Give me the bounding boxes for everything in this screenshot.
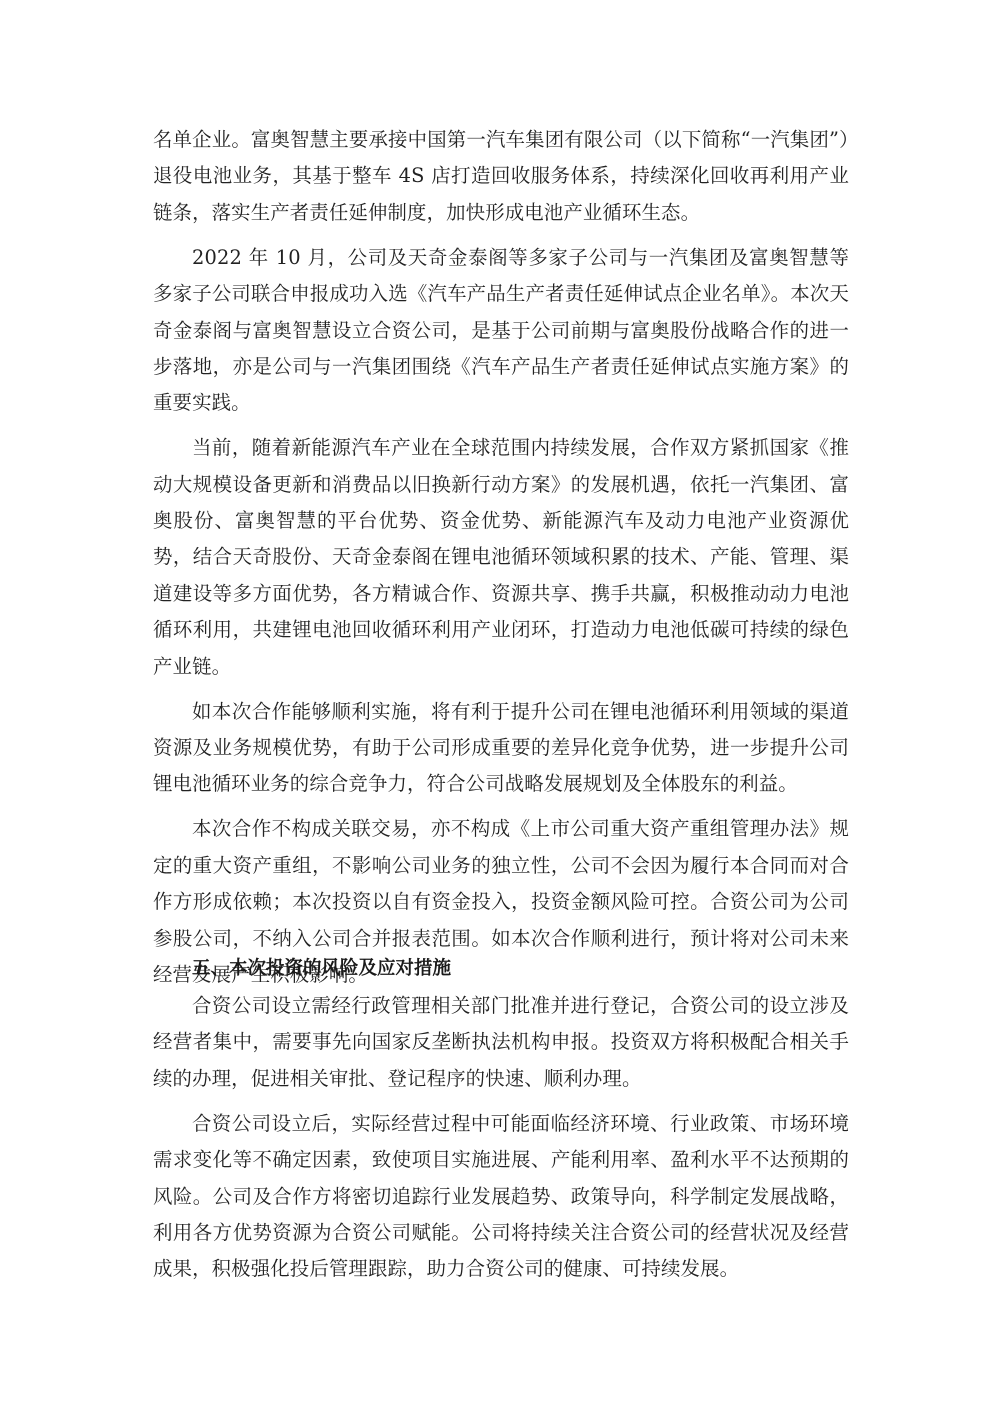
document-body-top: 名单企业。富奥智慧主要承接中国第一汽车集团有限公司（以下简称“一汽集团”）退役电… — [153, 122, 849, 993]
paragraph-approval-risk: 合资公司设立需经行政管理相关部门批准并进行登记，合资公司的设立涉及经营者集中，需… — [153, 988, 849, 1097]
paragraph-operating-risk: 合资公司设立后，实际经营过程中可能面临经济环境、行业政策、市场环境需求变化等不确… — [153, 1106, 849, 1288]
paragraph-cooperation-benefits: 如本次合作能够顺利实施，将有利于提升公司在锂电池循环利用领域的渠道资源及业务规模… — [153, 694, 849, 803]
paragraph-2022-pilot: 2022 年 10 月，公司及天奇金泰阁等多家子公司与一汽集团及富奥智慧等多家子… — [153, 240, 849, 422]
paragraph-fuao-intro: 名单企业。富奥智慧主要承接中国第一汽车集团有限公司（以下简称“一汽集团”）退役电… — [153, 122, 849, 231]
paragraph-current-development: 当前，随着新能源汽车产业在全球范围内持续发展，合作双方紧抓国家《推动大规模设备更… — [153, 430, 849, 685]
section-heading-risks: 五、本次投资的风险及应对措施 — [153, 951, 849, 987]
document-body-bottom: 合资公司设立需经行政管理相关部门批准并进行登记，合资公司的设立涉及经营者集中，需… — [153, 988, 849, 1288]
